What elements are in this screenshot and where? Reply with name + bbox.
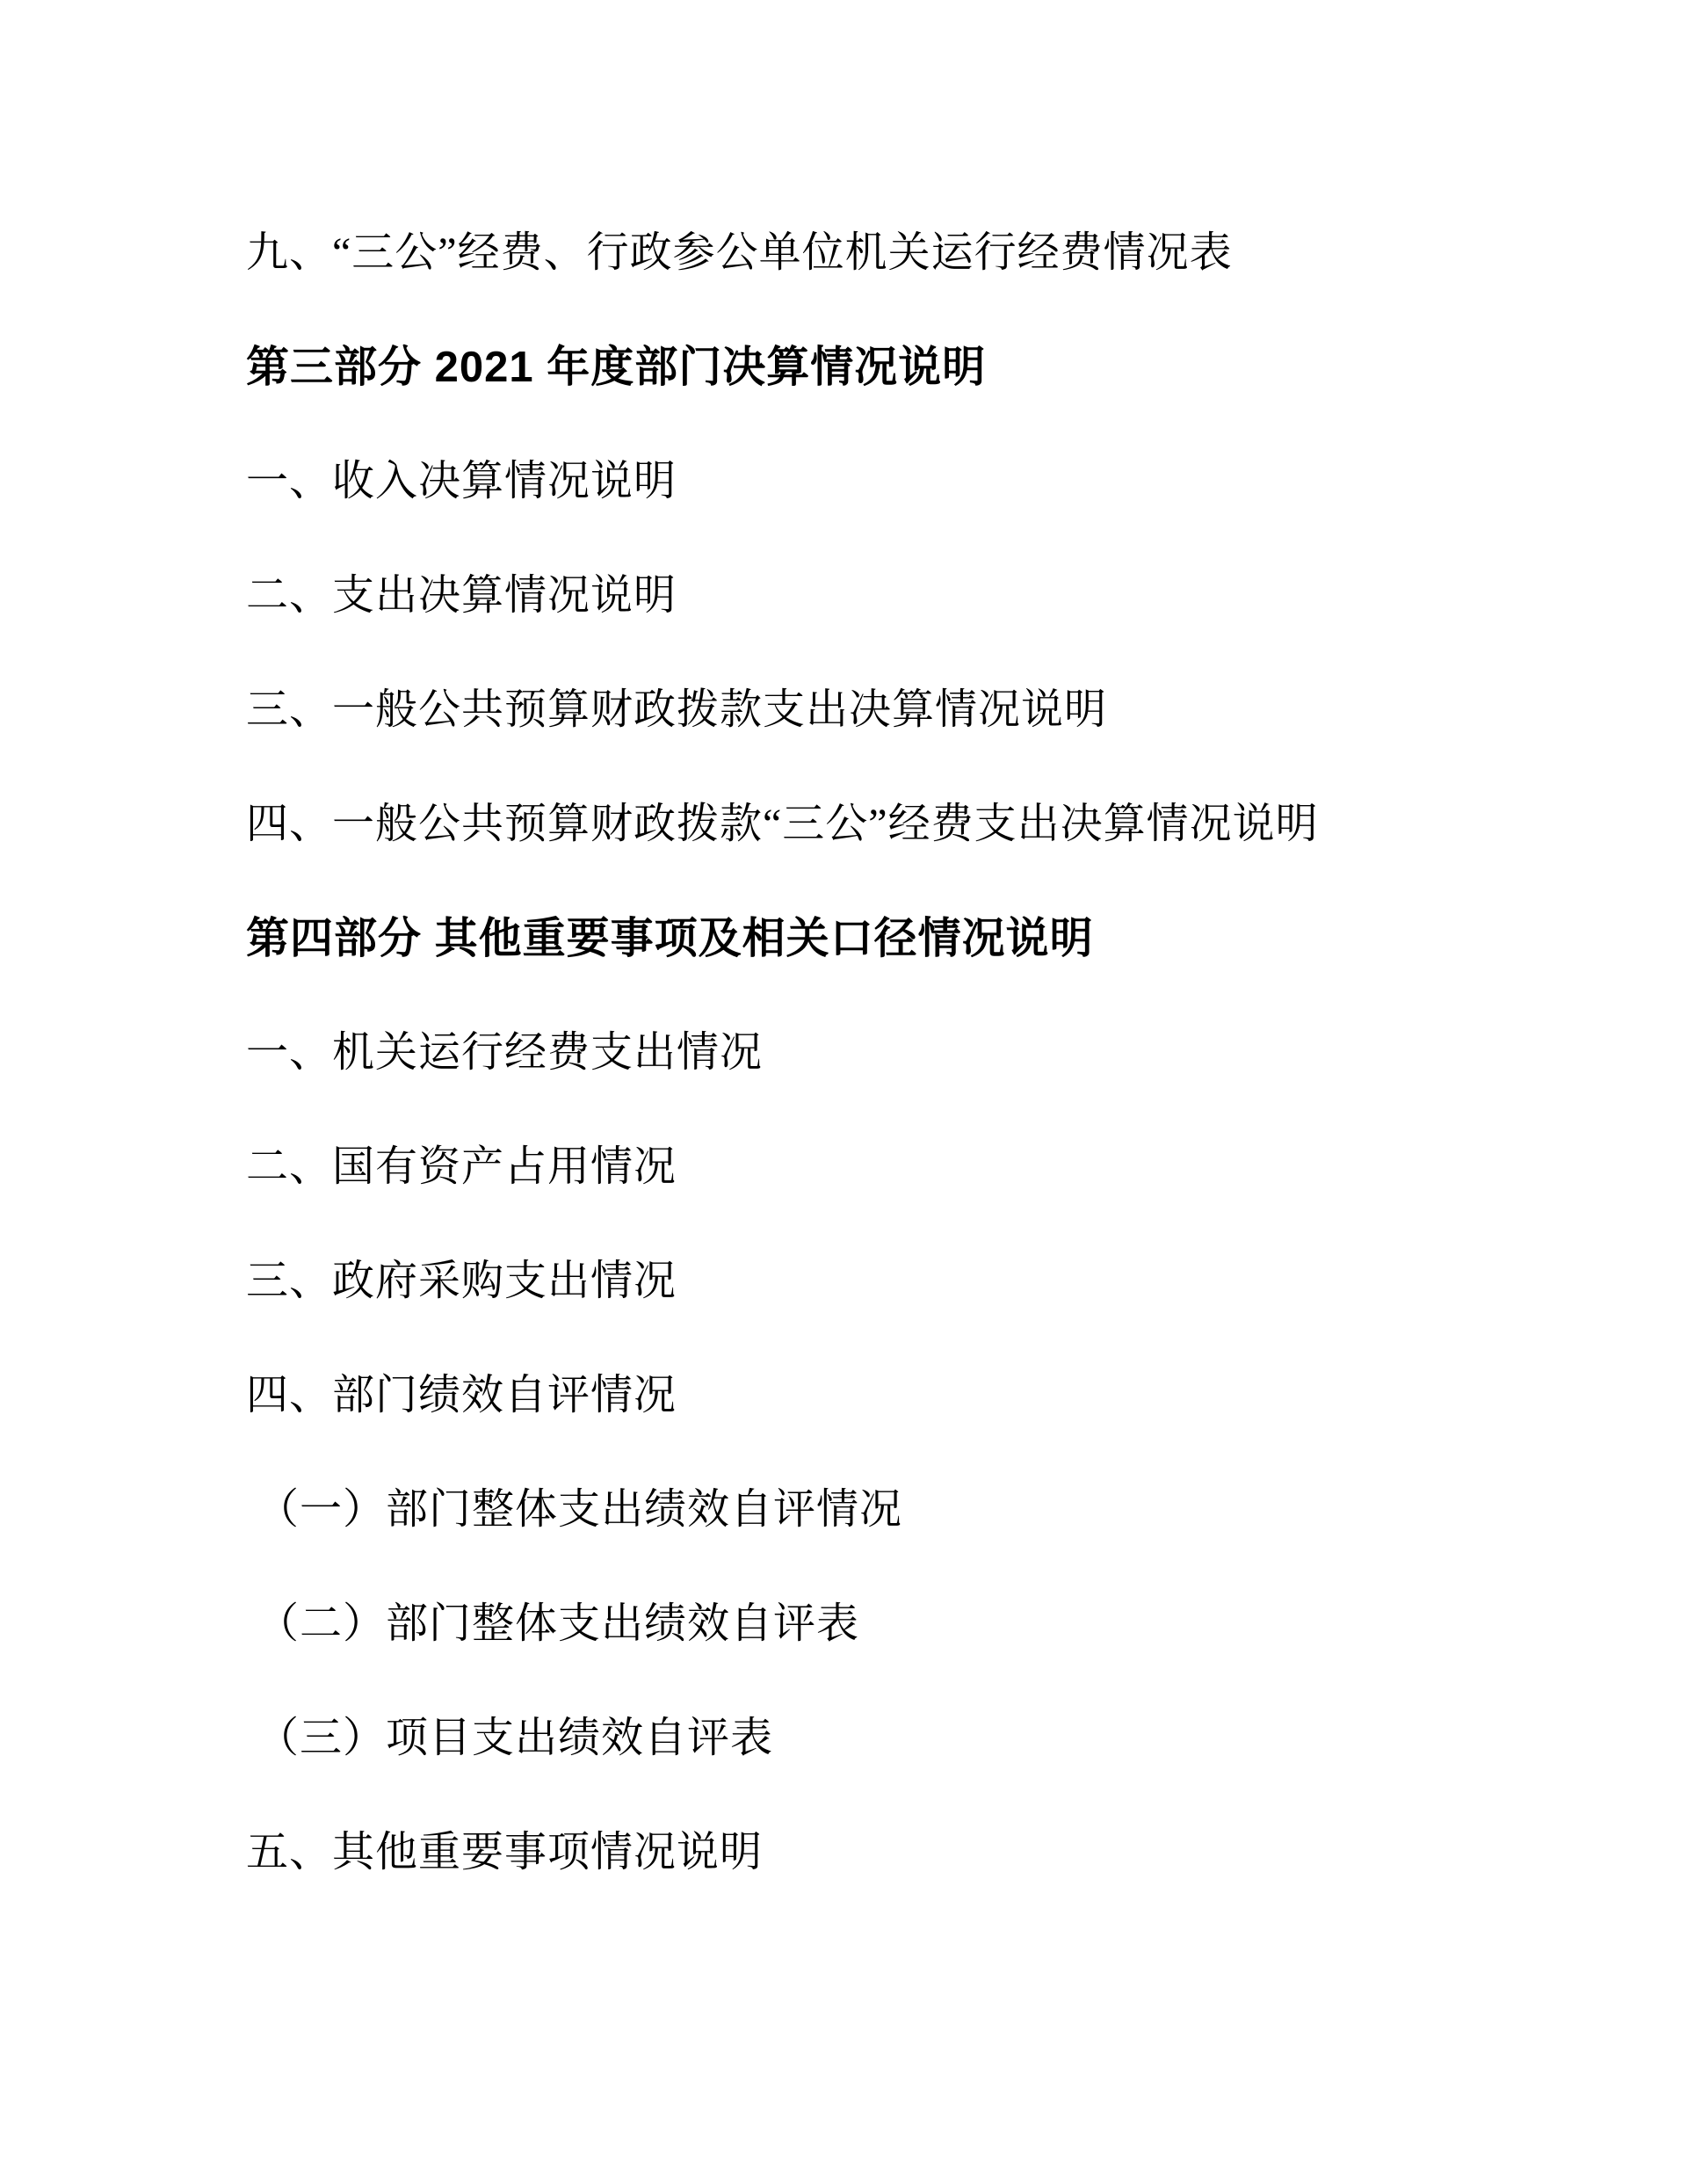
toc-item-part4-4-2: （二）部门整体支出绩效自评表 (257, 1567, 1529, 1681)
toc-item-part4-4-1: （一）部门整体支出绩效自评情况 (257, 1453, 1529, 1567)
toc-heading-part3: 第三部分 2021 年度部门决算情况说明 (246, 310, 1529, 424)
toc-item-part4-4-3: （三）项目支出绩效自评表 (257, 1681, 1529, 1796)
toc-heading-part4: 第四部分 其他重要事项及相关口径情况说明 (246, 882, 1529, 996)
toc-item-part3-2: 二、支出决算情况说明 (246, 539, 1529, 653)
toc-item-part3-1: 一、收入决算情况说明 (246, 424, 1529, 539)
toc-item-part4-1: 一、机关运行经费支出情况 (246, 996, 1529, 1110)
toc-item-part4-3: 三、政府采购支出情况 (246, 1224, 1529, 1339)
toc-item-part4-5: 五、其他重要事项情况说明 (246, 1796, 1529, 1910)
document-page: 九、“三公”经费、行政参公单位机关运行经费情况表 第三部分 2021 年度部门决… (0, 0, 1687, 2184)
toc-content: 九、“三公”经费、行政参公单位机关运行经费情况表 第三部分 2021 年度部门决… (246, 196, 1529, 1910)
toc-item-part3-4: 四、一般公共预算财政拨款“三公”经费支出决算情况说明 (246, 767, 1529, 882)
toc-item-part4-2: 二、国有资产占用情况 (246, 1110, 1529, 1224)
toc-item-part3-3: 三、一般公共预算财政拨款支出决算情况说明 (246, 653, 1529, 767)
toc-item-part2-9: 九、“三公”经费、行政参公单位机关运行经费情况表 (246, 196, 1529, 310)
toc-item-part4-4: 四、部门绩效自评情况 (246, 1339, 1529, 1453)
